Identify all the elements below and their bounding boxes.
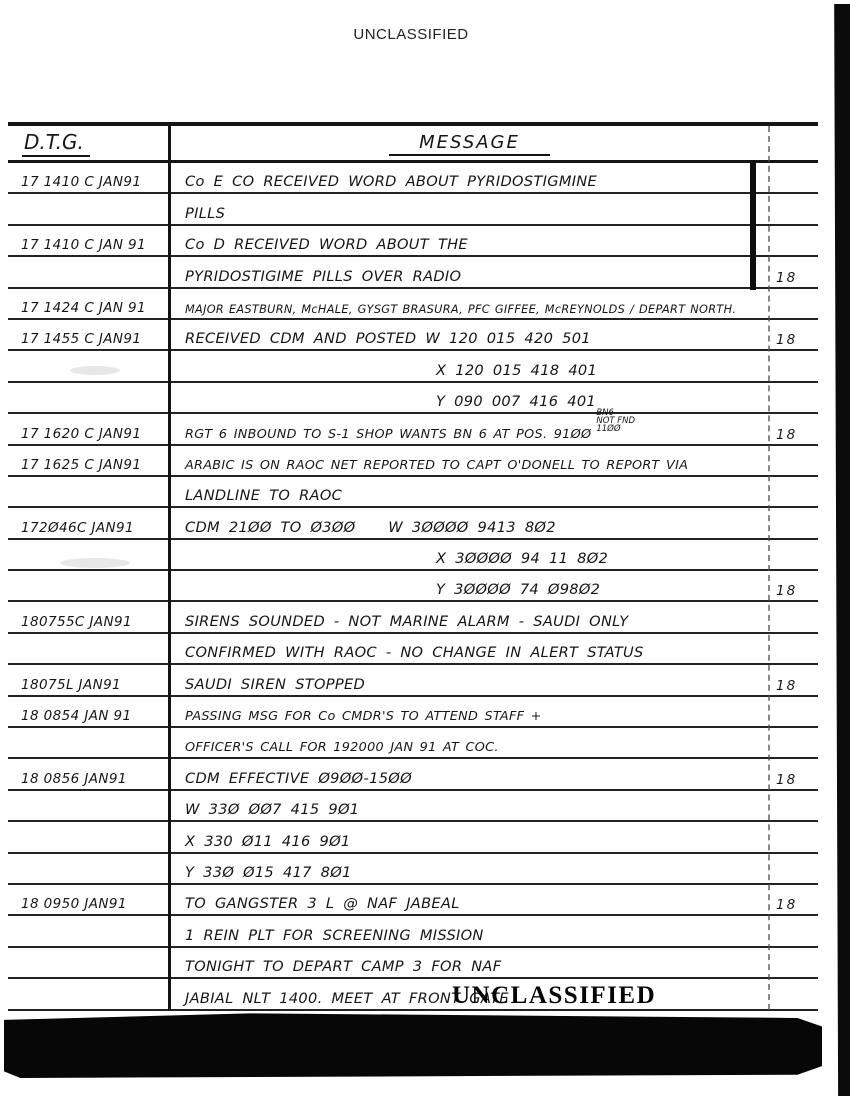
log-row: 17 1625 C JAN91 ARABIC IS ON RAOC NET RE… (8, 446, 818, 477)
dtg-cell (8, 881, 172, 883)
message-cell: SAUDI SIREN STOPPED (172, 676, 818, 695)
dtg-cell: 18 0856 JAN91 (8, 771, 172, 789)
top-classification-label: UNCLASSIFIED (0, 26, 822, 43)
log-row: 18 0856 JAN91 CDM EFFECTIVE Ø9ØØ-15ØØ 18 (8, 759, 818, 790)
dtg-cell (8, 410, 172, 412)
scanned-log-page: UNCLASSIFIED D.T.G. MESSAGE 17 1410 C JA… (0, 0, 850, 1102)
log-row: Y 3ØØØØ 74 Ø98Ø2 18 (8, 571, 818, 602)
message-cell: Co E CO RECEIVED WORD ABOUT PYRIDOSTIGMI… (172, 173, 818, 192)
message-cell: X 330 Ø11 416 9Ø1 (172, 833, 818, 852)
bottom-classification-label: UNCLASSIFIED (452, 982, 656, 1010)
message-cell: CONFIRMED WITH RAOC - NO CHANGE IN ALERT… (172, 644, 818, 663)
message-cell: Co D RECEIVED WORD ABOUT THE (172, 236, 818, 255)
log-row: 18 0854 JAN 91 PASSING MSG FOR Co CMDR'S… (8, 697, 818, 728)
message-cell: 1 REIN PLT FOR SCREENING MISSION (172, 927, 818, 946)
dtg-cell: 17 1410 C JAN91 (8, 174, 172, 192)
dtg-cell: 17 1410 C JAN 91 (8, 237, 172, 255)
message-cell: MAJOR EASTBURN, McHALE, GYSGT BRASURA, P… (172, 303, 818, 318)
dtg-cell (8, 598, 172, 600)
log-row: 172Ø46C JAN91 CDM 21ØØ TO Ø3ØØ W 3ØØØØ 9… (8, 508, 818, 539)
log-row: X 120 015 418 401 (8, 351, 818, 382)
log-row: 17 1620 C JAN91 RGT 6 INBOUND TO S-1 SHO… (8, 414, 818, 445)
log-row: TONIGHT TO DEPART CAMP 3 FOR NAF (8, 948, 818, 979)
message-cell: SIRENS SOUNDED - NOT MARINE ALARM - SAUD… (172, 613, 818, 632)
message-cell: TONIGHT TO DEPART CAMP 3 FOR NAF (172, 958, 818, 977)
log-row: PYRIDOSTIGIME PILLS OVER RADIO 18 (8, 257, 818, 288)
dtg-cell (8, 850, 172, 852)
log-row: OFFICER'S CALL FOR 192000 JAN 91 AT COC. (8, 728, 818, 759)
log-row: 17 1410 C JAN 91 Co D RECEIVED WORD ABOU… (8, 226, 818, 257)
log-row: 17 1455 C JAN91 RECEIVED CDM AND POSTED … (8, 320, 818, 351)
dtg-cell: 17 1625 C JAN91 (8, 457, 172, 475)
message-cell: TO GANGSTER 3 L @ NAF JABEAL (172, 895, 818, 914)
message-cell: PASSING MSG FOR Co CMDR'S TO ATTEND STAF… (172, 709, 818, 726)
message-cell: OFFICER'S CALL FOR 192000 JAN 91 AT COC. (172, 740, 818, 757)
message-cell: CDM 21ØØ TO Ø3ØØ W 3ØØØØ 9413 8Ø2 (172, 519, 818, 538)
message-cell: CDM EFFECTIVE Ø9ØØ-15ØØ (172, 770, 818, 789)
right-margin-line (768, 126, 770, 1010)
dtg-cell: 180755C JAN91 (8, 614, 172, 632)
message-cell: Y 3ØØØØ 74 Ø98Ø2 (172, 581, 818, 600)
message-cell: PYRIDOSTIGIME PILLS OVER RADIO (172, 268, 818, 287)
margin-note: 18 (776, 332, 824, 348)
message-cell: PILLS (172, 205, 818, 224)
dtg-cell (8, 661, 172, 663)
message-cell: ARABIC IS ON RAOC NET REPORTED TO CAPT O… (172, 458, 818, 475)
margin-note: 18 (776, 897, 824, 913)
log-row: PILLS (8, 194, 818, 225)
dtg-cell: 17 1424 C JAN 91 (8, 300, 172, 318)
margin-note: 18 (776, 583, 824, 599)
dtg-cell (8, 755, 172, 757)
log-row: W 33Ø ØØ7 415 9Ø1 (8, 791, 818, 822)
margin-note: 18 (776, 427, 824, 443)
dtg-cell: 17 1455 C JAN91 (8, 331, 172, 349)
heavy-ink-bar (750, 160, 756, 290)
log-row: 17 1410 C JAN91 Co E CO RECEIVED WORD AB… (8, 163, 818, 194)
dtg-cell (8, 285, 172, 287)
message-cell: RECEIVED CDM AND POSTED W 120 015 420 50… (172, 330, 818, 349)
dtg-cell (8, 1007, 172, 1009)
log-row: 18075L JAN91 SAUDI SIREN STOPPED 18 (8, 665, 818, 696)
log-row: Y 33Ø Ø15 417 8Ø1 (8, 854, 818, 885)
column-divider-line (168, 122, 171, 1010)
message-cell: RGT 6 INBOUND TO S-1 SHOP WANTS BN 6 AT … (172, 418, 818, 444)
log-row: 17 1424 C JAN 91 MAJOR EASTBURN, McHALE,… (8, 289, 818, 320)
message-cell: W 33Ø ØØ7 415 9Ø1 (172, 801, 818, 820)
margin-note: 18 (776, 772, 824, 788)
dtg-cell (8, 944, 172, 946)
log-row: 18 0950 JAN91 TO GANGSTER 3 L @ NAF JABE… (8, 885, 818, 916)
dtg-cell: 18075L JAN91 (8, 677, 172, 695)
dtg-cell: 18 0854 JAN 91 (8, 708, 172, 726)
table-body: 17 1410 C JAN91 Co E CO RECEIVED WORD AB… (8, 163, 818, 1011)
log-row: JABIAL NLT 1400. MEET AT FRONT GATE (8, 979, 818, 1010)
margin-note: 18 (776, 678, 824, 694)
scan-smudge (60, 558, 130, 568)
table-header-row: D.T.G. MESSAGE (8, 126, 818, 163)
log-row: X 330 Ø11 416 9Ø1 (8, 822, 818, 853)
log-row: 1 REIN PLT FOR SCREENING MISSION (8, 916, 818, 947)
dtg-cell: 172Ø46C JAN91 (8, 520, 172, 538)
dtg-column-header: D.T.G. (22, 130, 90, 154)
log-row: X 3ØØØØ 94 11 8Ø2 (8, 540, 818, 571)
dtg-cell (8, 222, 172, 224)
log-row: LANDLINE TO RAOC (8, 477, 818, 508)
log-row: CONFIRMED WITH RAOC - NO CHANGE IN ALERT… (8, 634, 818, 665)
dtg-cell (8, 504, 172, 506)
inline-annotation: BN6NOT FND11ØØ (596, 409, 635, 433)
message-column-header: MESSAGE (171, 132, 768, 153)
dtg-cell: 18 0950 JAN91 (8, 896, 172, 914)
log-row: Y 090 007 416 401 (8, 383, 818, 414)
dtg-cell (8, 975, 172, 977)
dtg-cell (8, 818, 172, 820)
log-row: 180755C JAN91 SIRENS SOUNDED - NOT MARIN… (8, 602, 818, 633)
message-cell: X 3ØØØØ 94 11 8Ø2 (172, 550, 818, 569)
message-cell: Y 33Ø Ø15 417 8Ø1 (172, 864, 818, 883)
dtg-cell: 17 1620 C JAN91 (8, 426, 172, 444)
scan-smudge (70, 366, 120, 375)
log-table: D.T.G. MESSAGE 17 1410 C JAN91 Co E CO R… (8, 122, 818, 1010)
message-cell: X 120 015 418 401 (172, 362, 818, 381)
message-cell: LANDLINE TO RAOC (172, 487, 818, 506)
margin-note: 18 (776, 270, 824, 286)
dtg-cell (8, 379, 172, 381)
redaction-bar (4, 1012, 822, 1078)
message-cell: Y 090 007 416 401 (172, 393, 818, 412)
